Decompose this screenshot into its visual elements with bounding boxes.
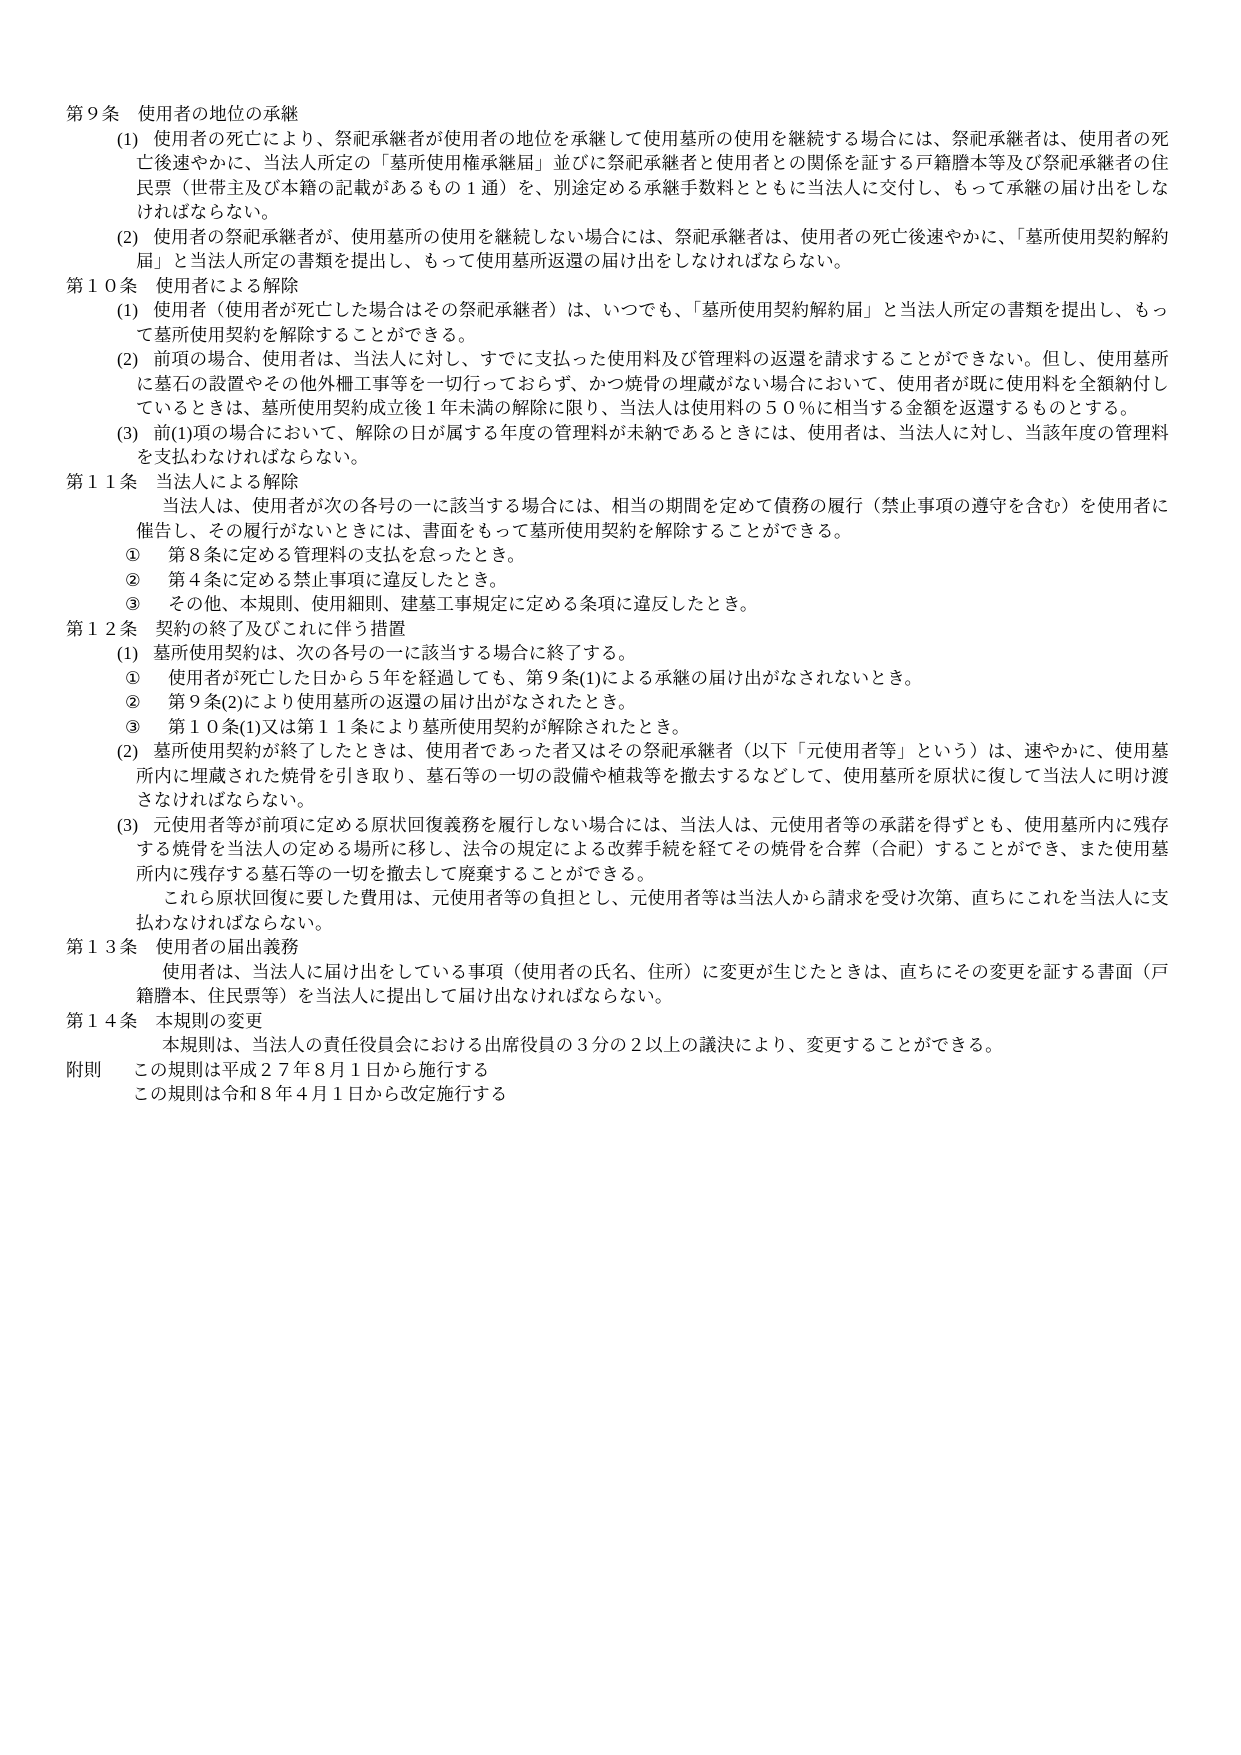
clause-subitem: ②第４条に定める禁止事項に違反したとき。 [66,568,1169,593]
clause-text: 元使用者等が前項に定める原状回復義務を履行しない場合には、当法人は、元使用者等の… [136,815,1169,884]
article-heading: 第１２条 契約の終了及びこれに伴う措置 [66,617,1169,642]
clause-text: 第４条に定める禁止事項に違反したとき。 [168,570,507,590]
document-page: 第９条 使用者の地位の承継(1)使用者の死亡により、祭祀承継者が使用者の地位を承… [0,0,1241,1755]
clause-text: 使用者は、当法人に届け出をしている事項（使用者の氏名、住所）に変更が生じたときは… [136,962,1169,1007]
clause-text: 使用者の祭祀承継者が、使用墓所の使用を継続しない場合には、祭祀承継者は、使用者の… [136,227,1169,272]
clause-text: 本規則は、当法人の責任役員会における出席役員の３分の２以上の議決により、変更する… [162,1035,1003,1055]
clause-item: (1)使用者（使用者が死亡した場合はその祭祀承継者）は、いつでも、「墓所使用契約… [66,298,1169,347]
clause-subitem: ③第１０条(1)又は第１１条により墓所使用契約が解除されたとき。 [66,715,1169,740]
clause-label: (2) [117,739,153,764]
appendix-line: この規則は令和８年４月１日から改定施行する [66,1082,1169,1107]
clause-subitem: ③その他、本規則、使用細則、建墓工事規定に定める条項に違反したとき。 [66,592,1169,617]
clause-subitem: ①使用者が死亡した日から５年を経過しても、第９条(1)による承継の届け出がなされ… [66,666,1169,691]
clause-item: (1)墓所使用契約は、次の各号の一に該当する場合に終了する。 [66,641,1169,666]
clause-label: ① [125,543,168,568]
clause-item: (1)使用者の死亡により、祭祀承継者が使用者の地位を承継して使用墓所の使用を継続… [66,127,1169,225]
clause-text: 使用者が死亡した日から５年を経過しても、第９条(1)による承継の届け出がなされな… [168,668,922,688]
clause-label: (3) [117,813,153,838]
body-paragraph: 当法人は、使用者が次の各号の一に該当する場合には、相当の期間を定めて債務の履行（… [66,494,1169,543]
clause-item: (3)元使用者等が前項に定める原状回復義務を履行しない場合には、当法人は、元使用… [66,813,1169,887]
clause-text: 使用者（使用者が死亡した場合はその祭祀承継者）は、いつでも、「墓所使用契約解約届… [136,300,1169,345]
clause-label: ② [125,690,168,715]
clause-label: 附則 [66,1058,132,1083]
clause-item: (3)前(1)項の場合において、解除の日が属する年度の管理料が未納であるときには… [66,421,1169,470]
body-paragraph: 使用者は、当法人に届け出をしている事項（使用者の氏名、住所）に変更が生じたときは… [66,960,1169,1009]
clause-label: ② [125,568,168,593]
body-paragraph: これら原状回復に要した費用は、元使用者等の負担とし、元使用者等は当法人から請求を… [66,886,1169,935]
clause-text: 第１３条 使用者の届出義務 [66,937,299,957]
article-heading: 第１１条 当法人による解除 [66,470,1169,495]
clause-text: 墓所使用契約が終了したときは、使用者であった者又はその祭祀承継者（以下「元使用者… [136,741,1169,810]
clause-text: 前(1)項の場合において、解除の日が属する年度の管理料が未納であるときには、使用… [136,423,1169,468]
clause-text: 第９条(2)により使用墓所の返還の届け出がなされたとき。 [168,692,636,712]
clause-text: 第８条に定める管理料の支払を怠ったとき。 [168,545,525,565]
clause-label: (2) [117,225,153,250]
clause-label: (2) [117,347,153,372]
clause-label: ③ [125,592,168,617]
article-heading: 第１４条 本規則の変更 [66,1009,1169,1034]
clause-item: (2)前項の場合、使用者は、当法人に対し、すでに支払った使用料及び管理料の返還を… [66,347,1169,421]
clause-text: 第９条 使用者の地位の承継 [66,104,299,124]
clause-subitem: ②第９条(2)により使用墓所の返還の届け出がなされたとき。 [66,690,1169,715]
clause-subitem: ①第８条に定める管理料の支払を怠ったとき。 [66,543,1169,568]
clause-text: 第１１条 当法人による解除 [66,472,299,492]
clause-text: この規則は令和８年４月１日から改定施行する [132,1084,508,1104]
clause-text: 第１０条 使用者による解除 [66,276,299,296]
clause-text: その他、本規則、使用細則、建墓工事規定に定める条項に違反したとき。 [168,594,758,614]
article-heading: 第１０条 使用者による解除 [66,274,1169,299]
clause-label: ③ [125,715,168,740]
clause-label: (3) [117,421,153,446]
clause-text: 使用者の死亡により、祭祀承継者が使用者の地位を承継して使用墓所の使用を継続する場… [136,129,1169,223]
clause-text: これら原状回復に要した費用は、元使用者等の負担とし、元使用者等は当法人から請求を… [136,888,1169,933]
clause-text: 第１４条 本規則の変更 [66,1011,263,1031]
clause-text: 前項の場合、使用者は、当法人に対し、すでに支払った使用料及び管理料の返還を請求す… [136,349,1169,418]
clause-label: (1) [117,127,153,152]
clause-text: 第１０条(1)又は第１１条により墓所使用契約が解除されたとき。 [168,717,690,737]
clause-item: (2)使用者の祭祀承継者が、使用墓所の使用を継続しない場合には、祭祀承継者は、使… [66,225,1169,274]
clause-text: 当法人は、使用者が次の各号の一に該当する場合には、相当の期間を定めて債務の履行（… [136,496,1169,541]
clause-text: 墓所使用契約は、次の各号の一に該当する場合に終了する。 [153,643,636,663]
clause-text: この規則は平成２７年８月１日から施行する [132,1060,490,1080]
appendix-line: 附則この規則は平成２７年８月１日から施行する [66,1058,1169,1083]
article-heading: 第１３条 使用者の届出義務 [66,935,1169,960]
article-heading: 第９条 使用者の地位の承継 [66,102,1169,127]
clause-text: 第１２条 契約の終了及びこれに伴う措置 [66,619,406,639]
clause-item: (2)墓所使用契約が終了したときは、使用者であった者又はその祭祀承継者（以下「元… [66,739,1169,813]
clause-label: ① [125,666,168,691]
clause-label: (1) [117,641,153,666]
clause-label: (1) [117,298,153,323]
document-content: 第９条 使用者の地位の承継(1)使用者の死亡により、祭祀承継者が使用者の地位を承… [0,0,1241,1107]
body-paragraph: 本規則は、当法人の責任役員会における出席役員の３分の２以上の議決により、変更する… [66,1033,1169,1058]
